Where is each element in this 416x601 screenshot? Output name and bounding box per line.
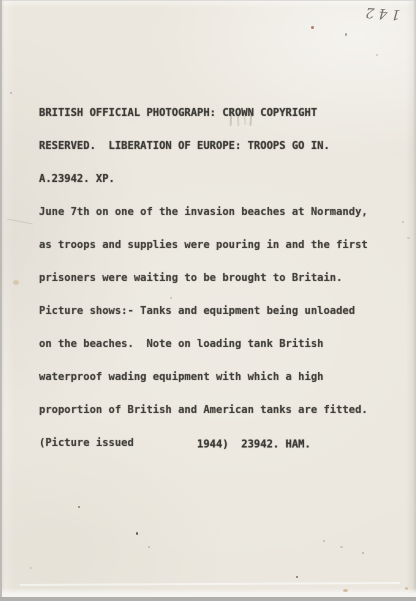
paper-speck	[311, 26, 314, 29]
caption-line: RESERVED. LIBERATION OF EUROPE: TROOPS G…	[39, 141, 368, 152]
typewritten-caption: BRITISH OFFICIAL PHOTOGRAPH: CROWN COPYR…	[39, 86, 368, 471]
paper-speck	[170, 297, 172, 299]
paper-stain	[13, 280, 19, 285]
caption-line: on the beaches. Note on loading tank Bri…	[39, 339, 368, 350]
paper-crease-bottom	[20, 582, 400, 586]
paper-stain	[405, 587, 408, 590]
scan-edge-bottom	[0, 597, 416, 601]
caption-footer-line: (Picture issued1944) 23942. HAM.	[39, 438, 368, 449]
scan-edge-left	[0, 0, 2, 601]
caption-line: as troops and supplies were pouring in a…	[39, 240, 368, 251]
paper-speck	[376, 54, 378, 56]
paper-speck	[362, 552, 364, 554]
paper-speck	[345, 33, 347, 36]
scan-edge-top	[0, 0, 416, 1]
paper-speck	[136, 532, 138, 535]
paper-speck	[30, 567, 32, 569]
paper-speck	[10, 92, 12, 94]
paper-bottom-highlight	[2, 588, 416, 597]
paper-crease-left	[7, 219, 33, 225]
caption-line: June 7th on one of the invasion beaches …	[39, 207, 368, 218]
caption-line: BRITISH OFFICIAL PHOTOGRAPH: CROWN COPYR…	[39, 108, 368, 119]
caption-line: waterproof wading equipment with which a…	[39, 372, 368, 383]
paper-speck	[296, 576, 298, 578]
paper-speck	[407, 237, 410, 239]
handwritten-number: 142	[357, 1, 404, 22]
caption-line: prisoners were waiting to be brought to …	[39, 273, 368, 284]
paper-speck	[340, 546, 343, 548]
paper-speck	[78, 506, 80, 508]
caption-footer-left: (Picture issued	[39, 437, 134, 449]
photo-verso-scan: 142 BRITISH OFFICIAL PHOTOGRAPH: CROWN C…	[0, 0, 416, 601]
paper-stain	[343, 589, 348, 592]
paper-speck	[148, 546, 150, 548]
paper-speck	[323, 540, 325, 542]
paper-speck	[402, 221, 404, 223]
caption-line: A.23942. XP.	[39, 174, 368, 185]
caption-line: proportion of British and American tanks…	[39, 405, 368, 416]
caption-line: Picture shows:- Tanks and equipment bein…	[39, 306, 368, 317]
caption-footer-right: 1944) 23942. HAM.	[197, 440, 311, 451]
